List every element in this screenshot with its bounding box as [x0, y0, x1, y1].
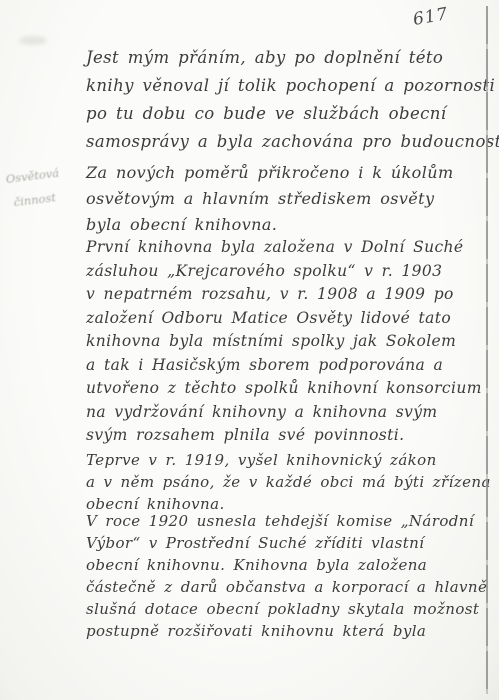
- handwritten-line: v nepatrném rozsahu, v r. 1908 a 1909 po: [86, 283, 490, 307]
- margin-note: Osvětová činnost: [5, 162, 91, 210]
- handwritten-line: knihovna byla místními spolky jak Sokole…: [86, 330, 490, 354]
- handwritten-line: a v něm psáno, že v každé obci má býti z…: [86, 471, 490, 493]
- page-number: 617: [412, 4, 450, 30]
- handwritten-line: obecní knihovnu. Knihovna byla založena: [86, 554, 490, 576]
- paragraph-library-law-1919: Teprve v r. 1919, vyšel knihovnický záko…: [86, 449, 490, 515]
- handwritten-line: založení Odboru Matice Osvěty lidové tat…: [86, 307, 490, 331]
- margin-note-line: Osvětová: [5, 162, 88, 186]
- handwritten-line: osvětovým a hlavním střediskem osvěty: [86, 186, 490, 212]
- handwritten-line: zásluhou „Krejcarového spolku“ v r. 1903: [86, 260, 490, 284]
- handwritten-line: na vydržování knihovny a knihovna svým: [86, 401, 490, 425]
- handwritten-line: slušná dotace obecní pokladny skytala mo…: [86, 598, 490, 620]
- handwritten-line: Výbor“ v Prostřední Suché zříditi vlastn…: [86, 532, 490, 554]
- paragraph-dedication: Jest mým přáním, aby po doplnění této kn…: [86, 44, 490, 156]
- handwritten-line: V roce 1920 usnesla tehdejší komise „Nár…: [86, 510, 490, 532]
- paper-smudge: [19, 36, 47, 45]
- margin-note-line: činnost: [13, 186, 91, 209]
- handwritten-line: První knihovna byla založena v Dolní Suc…: [86, 236, 490, 260]
- paragraph-osveta-intro: Za nových poměrů přikročeno i k úkolům o…: [86, 160, 490, 238]
- handwritten-line: Jest mým přáním, aby po doplnění této: [86, 44, 490, 72]
- handwritten-line: po tu dobu co bude ve službách obecní: [86, 100, 490, 128]
- handwritten-line: byla obecní knihovna.: [86, 212, 490, 238]
- handwritten-line: samosprávy a byla zachována pro budoucno…: [86, 128, 490, 156]
- paragraph-first-library: První knihovna byla založena v Dolní Suc…: [86, 236, 490, 448]
- paragraph-founding-1920: V roce 1920 usnesla tehdejší komise „Nár…: [86, 510, 490, 642]
- handwritten-line: částečně z darů občanstva a korporací a …: [86, 576, 490, 598]
- handwritten-line: a tak i Hasičským sborem podporována a: [86, 354, 490, 378]
- handwritten-line: svým rozsahem plnila své povinnosti.: [86, 424, 490, 448]
- handwritten-line: postupně rozšiřovati knihovnu která byla: [86, 620, 490, 642]
- page-edge-rule-line: [486, 6, 488, 694]
- handwritten-line: knihy věnoval jí tolik pochopení a pozor…: [86, 72, 490, 100]
- scanned-manuscript-page: 617 Osvětová činnost Jest mým přáním, ab…: [0, 0, 499, 700]
- handwritten-line: Za nových poměrů přikročeno i k úkolům: [86, 160, 490, 186]
- handwritten-line: Teprve v r. 1919, vyšel knihovnický záko…: [86, 449, 490, 471]
- handwritten-line: utvořeno z těchto spolků knihovní konsor…: [86, 377, 490, 401]
